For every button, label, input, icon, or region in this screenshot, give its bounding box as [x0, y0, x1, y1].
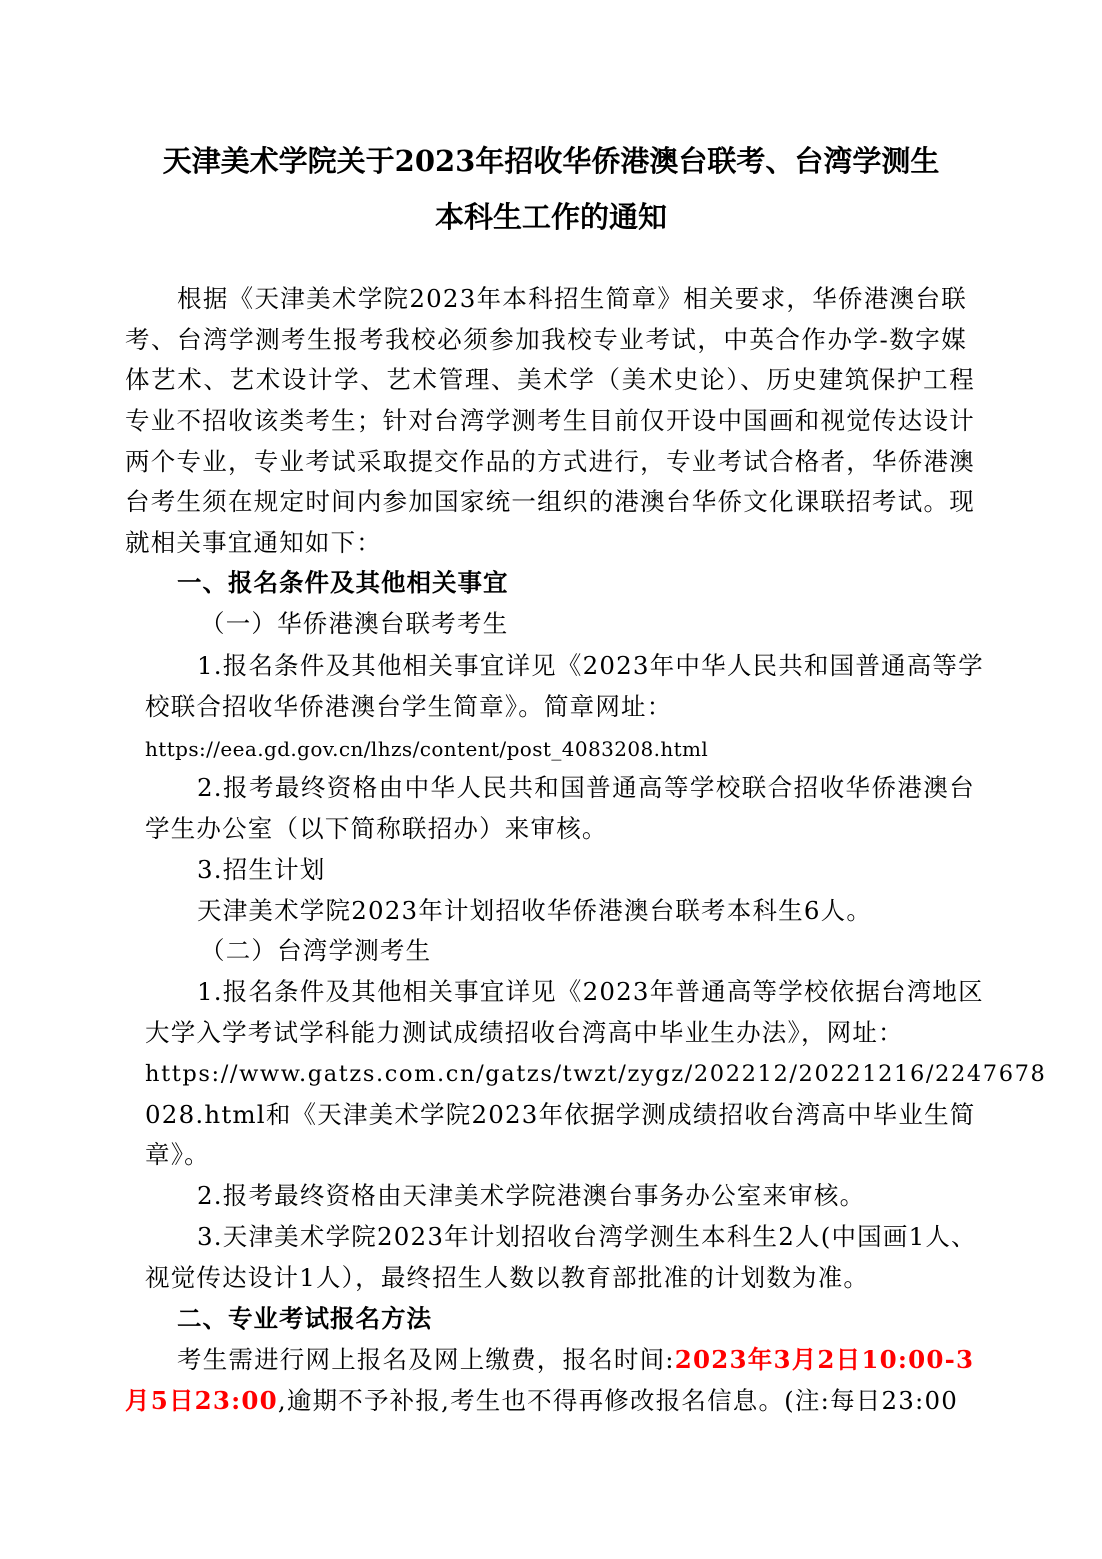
sub-2-item-3-line-1: 3.天津美术学院2023年计划招收台湾学测生本科生2人(中国画1人、 — [197, 1221, 975, 1253]
sub-2-item-1-url: https://www.gatzs.com.cn/gatzs/twzt/zygz… — [145, 1058, 975, 1090]
intro-line-3: 体艺术、艺术设计学、艺术管理、美术学（美术史论）、历史建筑保护工程 — [125, 364, 975, 396]
section-1-heading: 一、报名条件及其他相关事宜 — [177, 567, 509, 599]
section-2-line-2-suffix: ,逾期不予补报,考生也不得再修改报名信息。(注:每日23:00 — [278, 1386, 958, 1415]
sub-1-item-2-line-2: 学生办公室（以下简称联招办）来审核。 — [145, 813, 608, 845]
intro-line-7: 就相关事宜通知如下： — [125, 527, 382, 559]
sub-2-item-1-line-2: 大学入学考试学科能力测试成绩招收台湾高中毕业生办法》，网址： — [145, 1017, 904, 1049]
section-2-heading: 二、专业考试报名方法 — [177, 1303, 432, 1335]
sub-1-item-3-heading: 3.招生计划 — [197, 854, 326, 886]
sub-2-item-2-text: 2.报考最终资格由天津美术学院港澳台事务办公室来审核。 — [197, 1180, 865, 1212]
section-1-sub-1-heading: （一）华侨港澳台联考考生 — [200, 608, 508, 640]
sub-2-item-1-cont: 028.html和《天津美术学院2023年依据学测成绩招收台湾高中毕业生简 — [145, 1099, 965, 1131]
section-1-sub-2-heading: （二）台湾学测考生 — [200, 935, 431, 967]
sub-1-item-1-url: https://eea.gd.gov.cn/lhzs/content/post_… — [145, 733, 708, 765]
registration-time-start: 2023年3月2日10:00-3 — [675, 1345, 974, 1374]
intro-line-4: 专业不招收该类考生；针对台湾学测考生目前仅开设中国画和视觉传达设计 — [125, 405, 975, 437]
sub-1-item-1-line-2: 校联合招收华侨港澳台学生简章》。简章网址： — [145, 691, 672, 723]
sub-1-item-3-text: 天津美术学院2023年计划招收华侨港澳台联考本科生6人。 — [197, 895, 872, 927]
registration-time-end: 月5日23:00 — [125, 1386, 278, 1415]
intro-line-2: 考、台湾学测考生报考我校必须参加我校专业考试，中英合作办学-数字媒 — [125, 324, 967, 356]
sub-2-item-1-end: 章》。 — [145, 1139, 210, 1171]
document-page: 天津美术学院关于2023年招收华侨港澳台联考、台湾学测生 本科生工作的通知 根据… — [0, 0, 1102, 1559]
document-title-line-2: 本科生工作的通知 — [0, 199, 1102, 235]
section-2-line-1-prefix: 考生需进行网上报名及网上缴费，报名时间: — [177, 1345, 675, 1374]
section-2-line-2: 月5日23:00,逾期不予补报,考生也不得再修改报名信息。(注:每日23:00 — [125, 1385, 958, 1417]
intro-line-1: 根据《天津美术学院2023年本科招生简章》相关要求，华侨港澳台联 — [177, 283, 967, 315]
sub-1-item-1-line-1: 1.报名条件及其他相关事宜详见《2023年中华人民共和国普通高等学 — [197, 650, 975, 682]
sub-2-item-1-line-1: 1.报名条件及其他相关事宜详见《2023年普通高等学校依据台湾地区 — [197, 976, 975, 1008]
sub-1-item-2-line-1: 2.报考最终资格由中华人民共和国普通高等学校联合招收华侨港澳台 — [197, 772, 975, 804]
sub-2-item-3-line-2: 视觉传达设计1人），最终招生人数以教育部批准的计划数为准。 — [145, 1262, 869, 1294]
document-title-line-1: 天津美术学院关于2023年招收华侨港澳台联考、台湾学测生 — [0, 143, 1102, 179]
intro-line-6: 台考生须在规定时间内参加国家统一组织的港澳台华侨文化课联招考试。现 — [125, 486, 975, 518]
section-2-line-1: 考生需进行网上报名及网上缴费，报名时间:2023年3月2日10:00-3 — [177, 1344, 974, 1376]
intro-line-5: 两个专业，专业考试采取提交作品的方式进行，专业考试合格者，华侨港澳 — [125, 446, 975, 478]
